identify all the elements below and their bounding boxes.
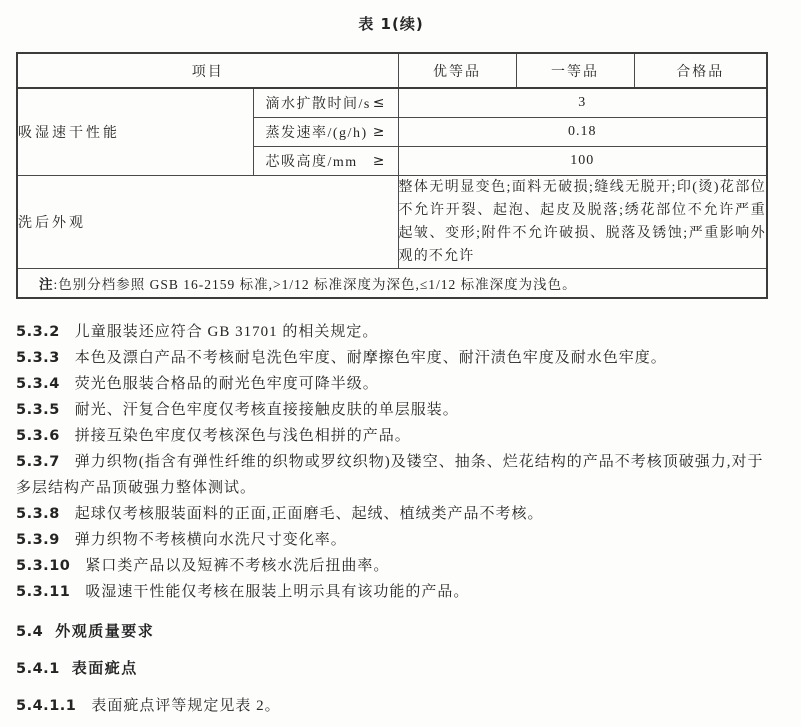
table-note-row: 注:色别分档参照 GSB 16-2159 标准,>1/12 标准深度为深色,≤1…	[17, 269, 767, 299]
clause-number: 5.3.6	[16, 428, 60, 444]
clause-text: 吸湿速干性能仅考核在服装上明示具有该功能的产品。	[85, 584, 469, 600]
value-evaporation-rate: 0.18	[398, 118, 767, 147]
clause-number: 5.3.3	[16, 350, 60, 366]
sub-item-drip-diffusion: 滴水扩散时间/s ≤	[253, 88, 398, 118]
clause-5-3-9: 5.3.9弹力织物不考核横向水洗尺寸变化率。	[16, 527, 766, 553]
table-note-cell: 注:色别分档参照 GSB 16-2159 标准,>1/12 标准深度为深色,≤1…	[17, 269, 767, 299]
sub-item-name: 蒸发速率/(g/h)	[266, 122, 368, 142]
row-label-moisture-performance: 吸湿速干性能	[17, 88, 253, 176]
clause-number: 5.3.7	[16, 454, 60, 470]
clause-text: 儿童服装还应符合 GB 31701 的相关规定。	[75, 324, 379, 340]
heading-title: 外观质量要求	[55, 624, 154, 640]
value-wicking-height: 100	[398, 147, 767, 176]
value-drip-diffusion: 3	[398, 88, 767, 118]
clause-5-3-3: 5.3.3本色及漂白产品不考核耐皂洗色牢度、耐摩擦色牢度、耐汗渍色牢度及耐水色牢…	[16, 345, 766, 371]
clause-5-3-7: 5.3.7弹力织物(指含有弹性纤维的织物或罗纹织物)及镂空、抽条、烂花结构的产品…	[16, 449, 766, 501]
section-heading-5-4-1: 5.4.1表面疵点	[16, 656, 766, 682]
table-header-row: 项目 优等品 一等品 合格品	[17, 53, 767, 88]
clause-text: 拼接互染色牢度仅考核深色与浅色相拼的产品。	[75, 428, 411, 444]
clause-text: 耐光、汗复合色牢度仅考核直接接触皮肤的单层服装。	[75, 402, 459, 418]
clause-number: 5.3.4	[16, 376, 60, 392]
heading-title: 表面疵点	[72, 661, 138, 677]
clause-text: 本色及漂白产品不考核耐皂洗色牢度、耐摩擦色牢度、耐汗渍色牢度及耐水色牢度。	[75, 350, 667, 366]
table-row-drip-diffusion: 吸湿速干性能 滴水扩散时间/s ≤ 3	[17, 88, 767, 118]
clause-text: 荧光色服装合格品的耐光色牢度可降半级。	[75, 376, 379, 392]
heading-number: 5.4.1	[16, 661, 60, 677]
clause-text: 起球仅考核服装面料的正面,正面磨毛、起绒、植绒类产品不考核。	[75, 506, 544, 522]
clause-number: 5.3.10	[16, 558, 70, 574]
clause-text: 弹力织物(指含有弹性纤维的织物或罗纹织物)及镂空、抽条、烂花结构的产品不考核顶破…	[16, 454, 764, 496]
spec-table: 项目 优等品 一等品 合格品 吸湿速干性能 滴水扩散时间/s ≤ 3	[16, 52, 768, 299]
col-header-grade-premium: 优等品	[398, 53, 516, 88]
note-text: :色别分档参照 GSB 16-2159 标准,>1/12 标准深度为深色,≤1/…	[54, 277, 577, 292]
gte-operator: ≥	[373, 124, 385, 140]
clause-5-3-2: 5.3.2儿童服装还应符合 GB 31701 的相关规定。	[16, 319, 766, 345]
clause-text: 紧口类产品以及短裤不考核水洗后扭曲率。	[85, 558, 389, 574]
sub-item-evaporation-rate: 蒸发速率/(g/h) ≥	[253, 118, 398, 147]
note-prefix: 注	[39, 277, 54, 292]
sub-item-name: 滴水扩散时间/s	[266, 93, 371, 113]
sub-item-wicking-height: 芯吸高度/mm ≥	[253, 147, 398, 176]
wash-appearance-requirements: 整体无明显变色;面料无破损;缝线无脱开;印(烫)花部位不允许开裂、起泡、起皮及脱…	[398, 176, 767, 269]
clause-5-3-8: 5.3.8起球仅考核服装面料的正面,正面磨毛、起绒、植绒类产品不考核。	[16, 501, 766, 527]
clause-text: 表面疵点评等规定见表 2。	[91, 698, 280, 714]
clause-5-3-6: 5.3.6拼接互染色牢度仅考核深色与浅色相拼的产品。	[16, 423, 766, 449]
clause-number: 5.3.5	[16, 402, 60, 418]
document-page: 表 1(续) 项目 优等品 一等品 合格品 吸湿速干性能 滴水扩散时间/s ≤	[0, 0, 801, 727]
table-title: 表 1(续)	[16, 13, 766, 34]
gte-operator: ≥	[373, 153, 385, 169]
clause-5-3-10: 5.3.10紧口类产品以及短裤不考核水洗后扭曲率。	[16, 553, 766, 579]
clause-5-4-1-1: 5.4.1.1表面疵点评等规定见表 2。	[16, 693, 766, 719]
clause-5-3-5: 5.3.5耐光、汗复合色牢度仅考核直接接触皮肤的单层服装。	[16, 397, 766, 423]
heading-number: 5.4	[16, 624, 43, 640]
clause-number: 5.4.1.1	[16, 698, 76, 714]
lte-operator: ≤	[373, 95, 385, 111]
col-header-item: 项目	[17, 53, 398, 88]
col-header-grade-first: 一等品	[516, 53, 634, 88]
clause-text: 弹力织物不考核横向水洗尺寸变化率。	[75, 532, 347, 548]
clause-5-3-11: 5.3.11吸湿速干性能仅考核在服装上明示具有该功能的产品。	[16, 579, 766, 605]
table-row-wash-appearance: 洗后外观 整体无明显变色;面料无破损;缝线无脱开;印(烫)花部位不允许开裂、起泡…	[17, 176, 767, 269]
col-header-grade-qualified: 合格品	[634, 53, 767, 88]
clause-number: 5.3.9	[16, 532, 60, 548]
clause-number: 5.3.8	[16, 506, 60, 522]
clause-number: 5.3.2	[16, 324, 60, 340]
clause-5-3-4: 5.3.4荧光色服装合格品的耐光色牢度可降半级。	[16, 371, 766, 397]
row-label-wash-appearance: 洗后外观	[17, 176, 398, 269]
sub-item-name: 芯吸高度/mm	[266, 151, 358, 171]
clause-number: 5.3.11	[16, 584, 70, 600]
section-heading-5-4: 5.4外观质量要求	[16, 619, 766, 645]
clause-list: 5.3.2儿童服装还应符合 GB 31701 的相关规定。 5.3.3本色及漂白…	[16, 319, 766, 719]
